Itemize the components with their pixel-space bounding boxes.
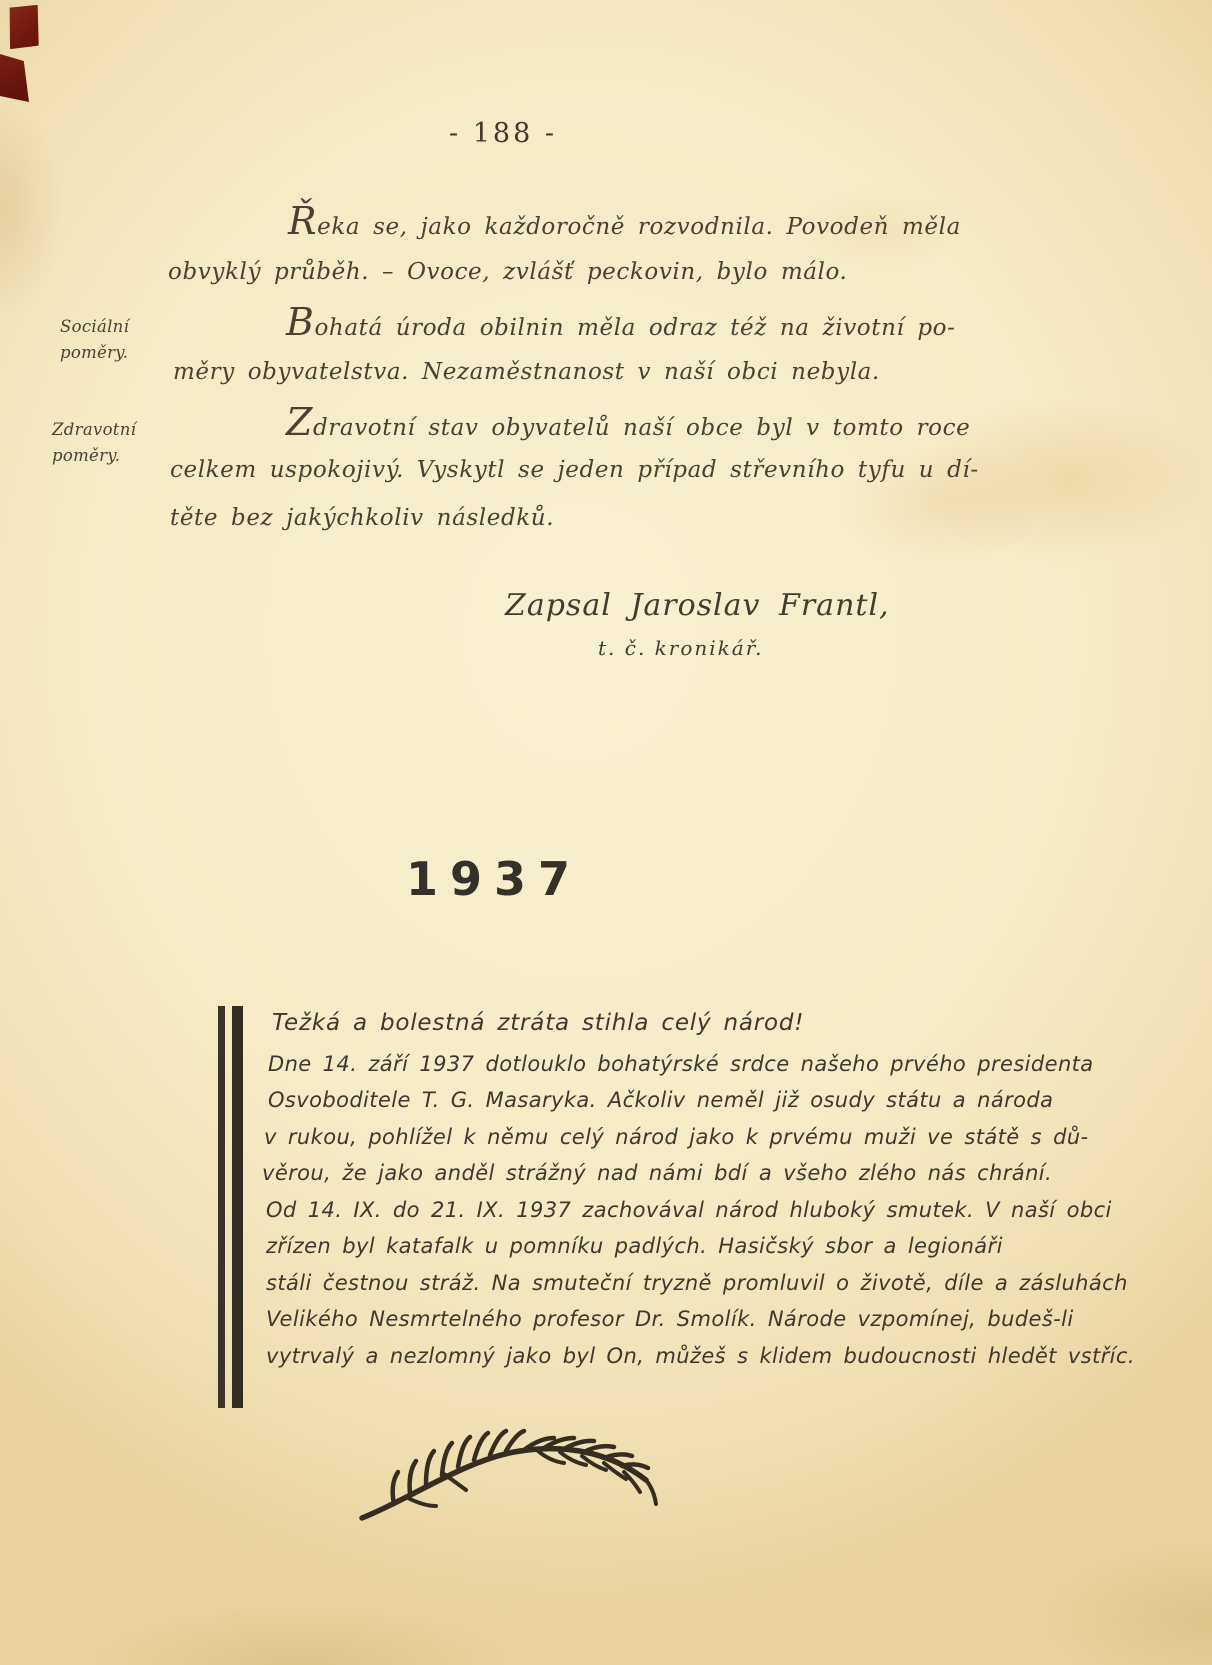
- paragraph-line: těte bez jakýchkoliv následků.: [170, 505, 554, 531]
- laurel-branch-illustration: [352, 1406, 664, 1531]
- red-binding-mark: [5, 3, 41, 51]
- paragraph-line: Řeka se, jako každoročně rozvodnila. Pov…: [288, 208, 961, 240]
- paragraph-line: měry obyvatelstva. Nezaměstnanost v naší…: [173, 359, 880, 385]
- chronicler-title: t. č. kronikář.: [598, 636, 763, 660]
- memorial-line: Osvoboditele T. G. Masaryka. Ačkoliv nem…: [268, 1088, 1053, 1112]
- emphasis-rule-thin: [218, 1006, 225, 1408]
- paragraph-line: celkem uspokojivý. Vyskytl se jeden příp…: [170, 457, 979, 483]
- memorial-lead-line: Težká a bolestná ztráta stihla celý náro…: [272, 1010, 804, 1036]
- memorial-line: vytrvalý a nezlomný jako byl On, můžeš s…: [266, 1344, 1135, 1368]
- paragraph-line: Zdravotní stav obyvatelů naší obce byl v…: [286, 409, 970, 441]
- memorial-line: zřízen byl katafalk u pomníku padlých. H…: [266, 1234, 1003, 1258]
- emphasis-rules: [218, 1006, 244, 1408]
- year-heading: 1937: [406, 852, 582, 906]
- red-binding-mark: [0, 54, 29, 104]
- paragraph-line: obvyklý průběh. – Ovoce, zvlášť peckovin…: [168, 259, 847, 285]
- margin-note-social: Sociální poměry.: [60, 314, 156, 365]
- memorial-line: stáli čestnou stráž. Na smuteční tryzně …: [266, 1271, 1128, 1295]
- page-number: - 188 -: [448, 118, 558, 149]
- chronicle-page: - 188 - Sociální poměry. Zdravotní poměr…: [0, 0, 1212, 1665]
- chronicler-signature: Zapsal Jaroslav Frantl,: [505, 588, 890, 623]
- memorial-line: Dne 14. září 1937 dotlouklo bohatýrské s…: [268, 1052, 1094, 1076]
- memorial-line: v rukou, pohlížel k němu celý národ jako…: [264, 1125, 1089, 1149]
- paragraph-line: Bohatá úroda obilnin měla odraz též na ž…: [286, 309, 956, 341]
- emphasis-rule-thick: [232, 1006, 243, 1408]
- memorial-line: věrou, že jako anděl strážný nad námi bd…: [262, 1161, 1052, 1185]
- memorial-line: Od 14. IX. do 21. IX. 1937 zachovával ná…: [266, 1198, 1112, 1222]
- memorial-line: Velikého Nesmrtelného profesor Dr. Smolí…: [266, 1307, 1074, 1331]
- margin-note-health: Zdravotní poměry.: [52, 417, 148, 468]
